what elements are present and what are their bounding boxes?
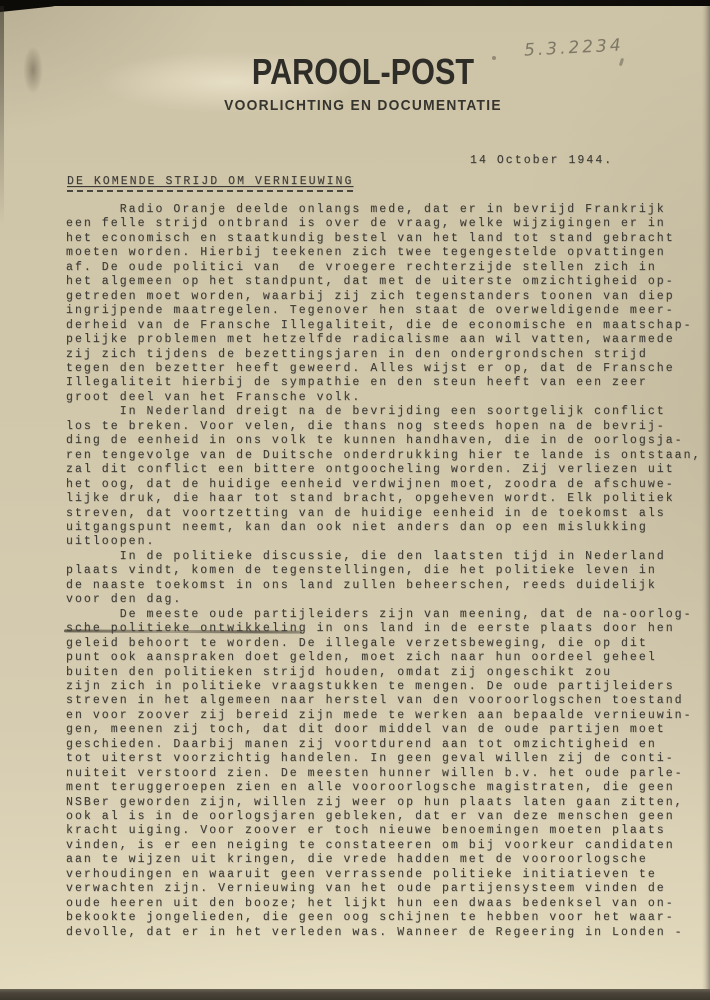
scan-edge-bottom <box>0 989 710 1000</box>
document-scan: 5.3.2234 PAROOL-POST VOORLICHTING EN DOC… <box>0 0 710 1000</box>
masthead: PAROOL-POST VOORLICHTING EN DOCUMENTATIE <box>16 54 710 114</box>
dateline: 14 October 1944. <box>470 154 613 167</box>
scan-edge-top-left-corner <box>0 0 86 12</box>
article-body: Radio Oranje deelde onlangs mede, dat er… <box>66 203 702 940</box>
masthead-title: PAROOL-POST <box>68 54 658 90</box>
scan-edge-top <box>0 0 710 6</box>
masthead-subtitle: VOORLICHTING EN DOCUMENTATIE <box>44 97 682 114</box>
scan-edge-left <box>0 6 4 226</box>
scan-edge-right <box>702 6 710 989</box>
article-heading: DE KOMENDE STRIJD OM VERNIEUWING <box>67 175 353 192</box>
